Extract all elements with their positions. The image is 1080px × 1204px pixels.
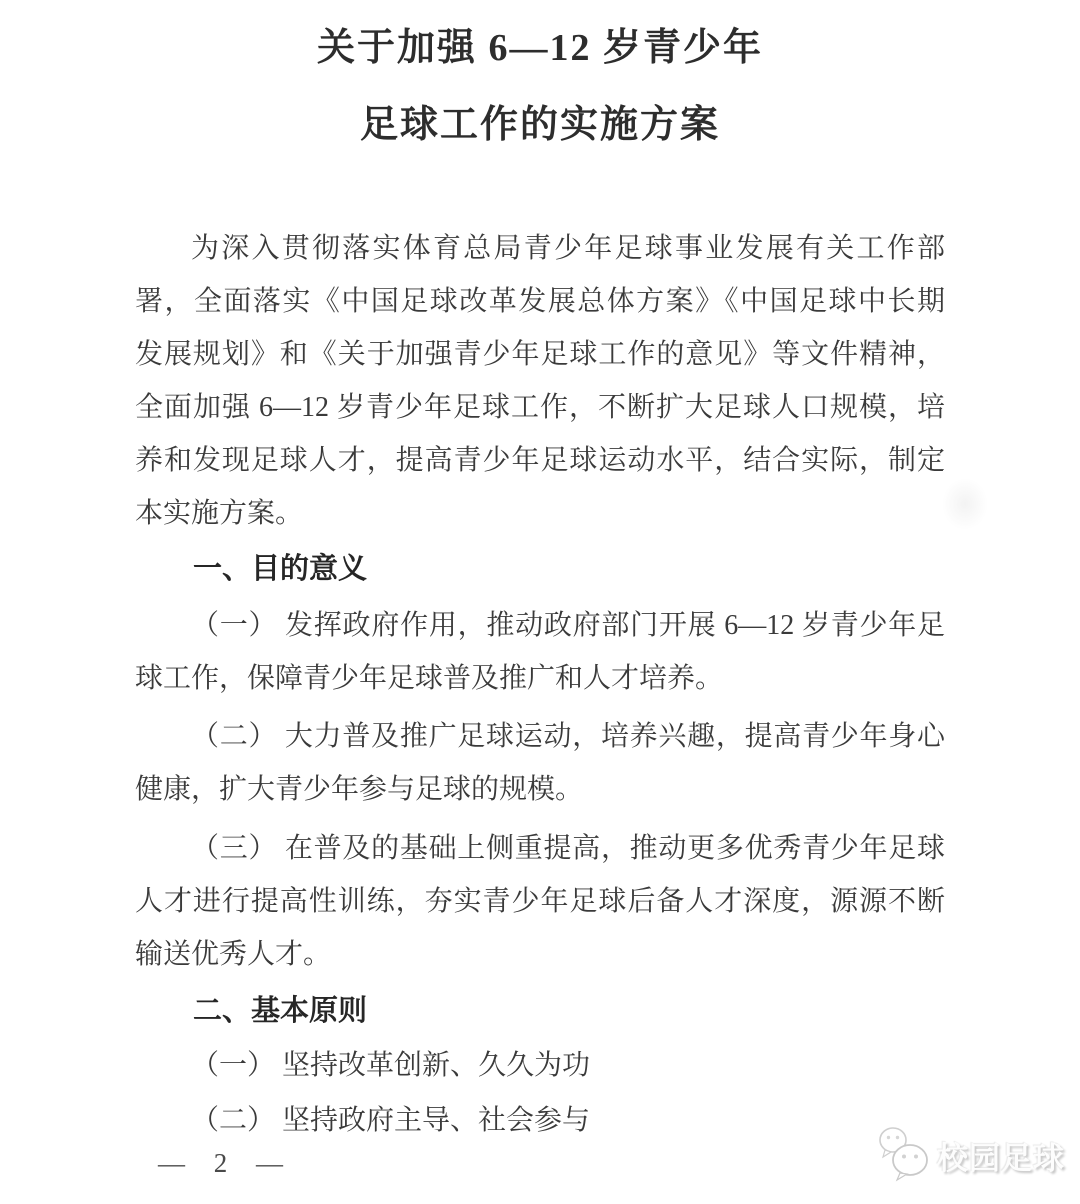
body-line: （二） 大力普及推广足球运动，培养兴趣，提高青少年身心 [135,717,945,757]
body-line: 输送优秀人才。 [135,935,945,975]
body-line: 发展规划》和《关于加强青少年足球工作的意见》等文件精神， [135,335,945,375]
watermark: 校园足球 [876,1124,1065,1187]
body-line: 球工作，保障青少年足球普及推广和人才培养。 [135,659,945,699]
body-line: 署，全面落实《中国足球改革发展总体方案》《中国足球中长期 [135,282,945,322]
document-page: 关于加强 6—12 岁青少年 足球工作的实施方案 为深入贯彻落实体育总局青少年足… [0,0,1080,1204]
body-line: 为深入贯彻落实体育总局青少年足球事业发展有关工作部 [135,229,945,269]
body-line: 养和发现足球人才，提高青少年足球运动水平，结合实际，制定 [135,441,945,481]
body-line: （一） 坚持改革创新、久久为功 [135,1046,945,1086]
document-title-line-2: 足球工作的实施方案 [0,103,1080,147]
section-heading-2: 二、基本原则 [135,991,945,1031]
body-line: （一） 发挥政府作用，推动政府部门开展 6—12 岁青少年足 [135,606,945,646]
body-line: 全面加强 6—12 岁青少年足球工作，不断扩大足球人口规模，培 [135,388,945,428]
section-heading-1: 一、目的意义 [135,549,945,589]
body-line: 健康，扩大青少年参与足球的规模。 [135,770,945,810]
watermark-label: 校园足球 [937,1133,1065,1178]
body-line: （三） 在普及的基础上侧重提高，推动更多优秀青少年足球 [135,829,945,869]
body-line: 人才进行提高性训练，夯实青少年足球后备人才深度，源源不断 [135,882,945,922]
scan-smudge [942,478,988,530]
wechat-icon [876,1124,932,1187]
body-line: （二） 坚持政府主导、社会参与 [135,1101,945,1141]
body-line: 本实施方案。 [135,494,945,534]
page-number: — 2 — [158,1148,283,1179]
document-title-line-1: 关于加强 6—12 岁青少年 [0,26,1080,70]
